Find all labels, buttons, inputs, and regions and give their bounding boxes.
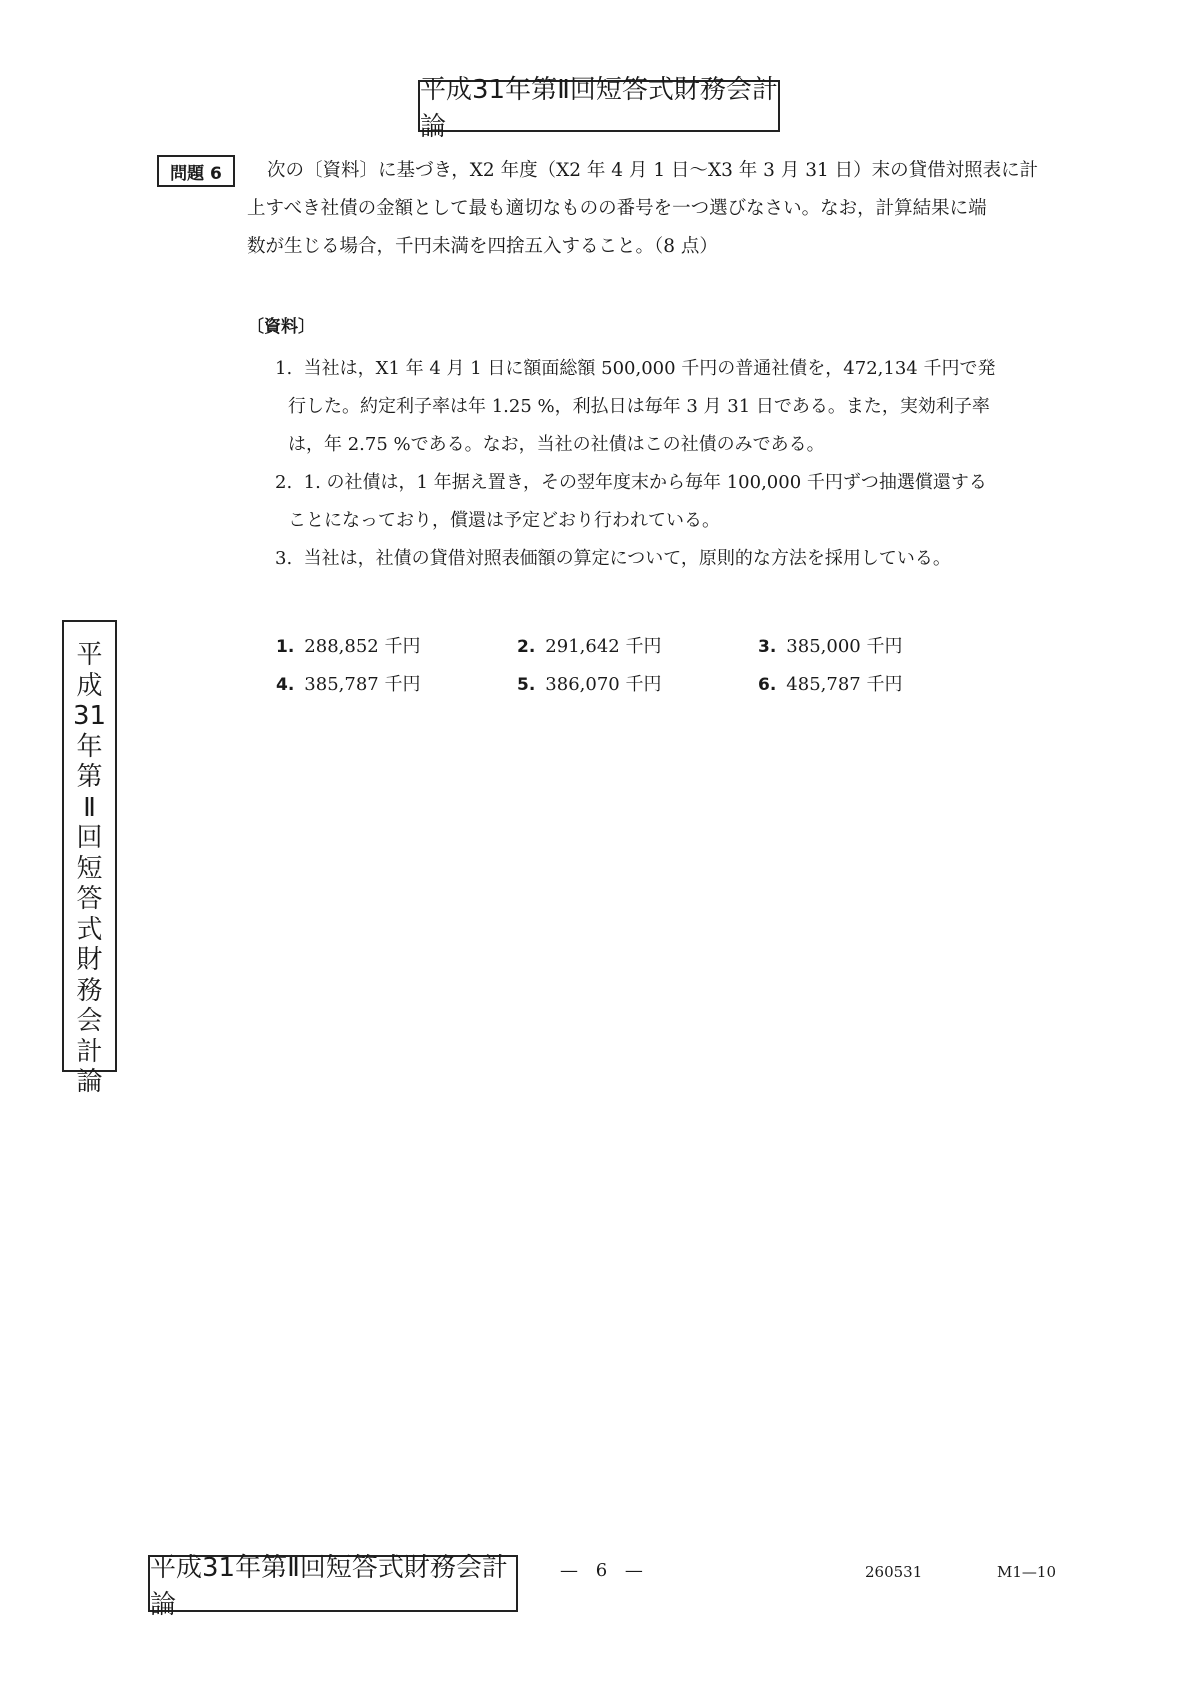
footer-title: 平成31年第Ⅱ回短答式財務会計論 (150, 1547, 516, 1621)
exam-title-box: 平成31年第Ⅱ回短答式財務会計論 (418, 80, 780, 132)
choice-5[interactable]: 5.386,070 千円 (517, 670, 661, 696)
exam-title: 平成31年第Ⅱ回短答式財務会計論 (420, 69, 778, 143)
side-title-char: 成 (76, 671, 102, 702)
material-item-1-line-3: は，年 2.75 %である。なお，当社の社債はこの社債のみである。 (275, 426, 1065, 464)
material-item-num: 1. (275, 358, 292, 379)
choice-number: 4. (276, 675, 294, 695)
side-title-char: 会 (76, 1006, 102, 1037)
choice-4[interactable]: 4.385,787 千円 (276, 670, 420, 696)
choice-3[interactable]: 3.385,000 千円 (758, 632, 902, 658)
materials-list: 1. 当社は，X1 年 4 月 1 日に額面総額 500,000 千円の普通社債… (275, 350, 1065, 578)
choice-6[interactable]: 6.485,787 千円 (758, 670, 902, 696)
choice-1[interactable]: 1.288,852 千円 (276, 632, 420, 658)
side-title-char: 31 (73, 701, 106, 732)
sheet-code: M1—10 (997, 1563, 1056, 1581)
choice-value: 485,787 千円 (786, 674, 902, 695)
choice-number: 6. (758, 675, 776, 695)
material-item-num: 3. (275, 548, 292, 569)
side-title-char: 計 (76, 1037, 102, 1068)
question-line-1: 次の〔資料〕に基づき，X2 年度（X2 年 4 月 1 日～X3 年 3 月 3… (247, 152, 1052, 190)
material-item-1: 1. 当社は，X1 年 4 月 1 日に額面総額 500,000 千円の普通社債… (275, 350, 1065, 464)
material-item-3: 3. 当社は，社債の貸借対照表価額の算定について，原則的な方法を採用している。 (275, 540, 1065, 578)
material-item-2: 2. 1. の社債は，1 年据え置き，その翌年度末から毎年 100,000 千円… (275, 464, 1065, 540)
choice-value: 291,642 千円 (545, 636, 661, 657)
material-item-3-line-1: 3. 当社は，社債の貸借対照表価額の算定について，原則的な方法を採用している。 (275, 540, 1065, 578)
material-item-2-line-2: ことになっており，償還は予定どおり行われている。 (275, 502, 1065, 540)
material-item-1-line-2: 行した。約定利子率は年 1.25 %，利払日は毎年 3 月 31 日である。また… (275, 388, 1065, 426)
side-title-char: Ⅱ (83, 793, 96, 824)
side-title-char: 答 (76, 884, 102, 915)
material-item-text: 1. の社債は，1 年据え置き，その翌年度末から毎年 100,000 千円ずつ抽… (304, 472, 987, 493)
question-line-2: 上すべき社債の金額として最も適切なものの番号を一つ選びなさい。なお，計算結果に端 (247, 190, 1052, 228)
footer-title-box: 平成31年第Ⅱ回短答式財務会計論 (148, 1555, 518, 1612)
side-title-char: 第 (76, 762, 102, 793)
side-title-char: 式 (76, 915, 102, 946)
question-line-3: 数が生じる場合，千円未満を四捨五入すること。（8 点） (247, 228, 1052, 266)
side-title-char: 財 (76, 945, 102, 976)
page-number: — 6 — (560, 1560, 649, 1581)
choice-number: 1. (276, 637, 294, 657)
material-item-num: 2. (275, 472, 292, 493)
choice-value: 288,852 千円 (304, 636, 420, 657)
side-title-char: 短 (76, 854, 102, 885)
material-item-text: 当社は，X1 年 4 月 1 日に額面総額 500,000 千円の普通社債を，4… (304, 358, 996, 379)
exam-code: 260531 (865, 1563, 922, 1581)
choice-value: 385,787 千円 (304, 674, 420, 695)
side-title-box: 平 成 31 年 第 Ⅱ 回 短 答 式 財 務 会 計 論 (62, 620, 117, 1072)
choice-number: 2. (517, 637, 535, 657)
side-title-char: 回 (76, 823, 102, 854)
material-item-1-line-1: 1. 当社は，X1 年 4 月 1 日に額面総額 500,000 千円の普通社債… (275, 350, 1065, 388)
side-title-char: 務 (76, 976, 102, 1007)
materials-heading-text: 〔資料〕 (247, 317, 315, 337)
choice-number: 5. (517, 675, 535, 695)
choice-number: 3. (758, 637, 776, 657)
materials-heading: 〔資料〕 (247, 312, 315, 337)
choice-value: 386,070 千円 (545, 674, 661, 695)
question-label: 問題 6 (157, 155, 235, 187)
choice-value: 385,000 千円 (786, 636, 902, 657)
side-title-char: 論 (76, 1067, 102, 1098)
material-item-text: 当社は，社債の貸借対照表価額の算定について，原則的な方法を採用している。 (304, 548, 951, 569)
choice-2[interactable]: 2.291,642 千円 (517, 632, 661, 658)
material-item-2-line-1: 2. 1. の社債は，1 年据え置き，その翌年度末から毎年 100,000 千円… (275, 464, 1065, 502)
side-title-char: 年 (76, 732, 102, 763)
side-title-char: 平 (76, 640, 102, 671)
question-text: 次の〔資料〕に基づき，X2 年度（X2 年 4 月 1 日～X3 年 3 月 3… (247, 152, 1052, 266)
